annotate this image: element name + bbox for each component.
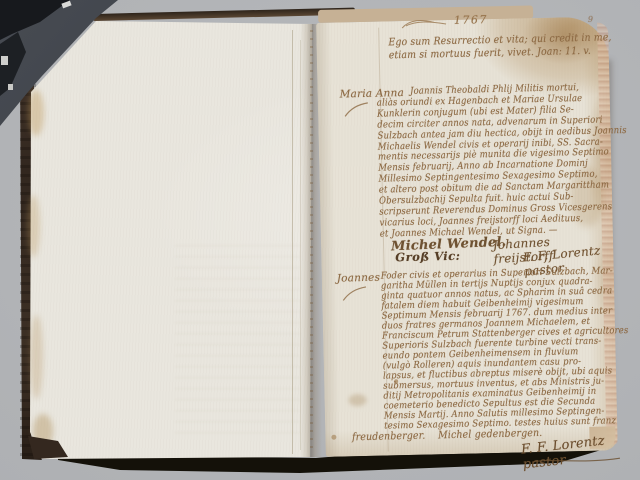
entry2-margin-name: Joannes bbox=[337, 272, 381, 285]
margin-flourish-icon bbox=[342, 286, 368, 303]
year-heading: 1767 bbox=[454, 13, 488, 27]
entry1-text: Joannis Theobaldi Phlij Militis mortui, … bbox=[376, 82, 629, 240]
left-edge-stain bbox=[28, 90, 44, 136]
paper-speck bbox=[8, 84, 13, 90]
cover-top-sliver bbox=[93, 8, 355, 21]
paper-speck bbox=[1, 56, 8, 65]
gutter-crease bbox=[310, 30, 313, 450]
right-page: 1767 9 Ego sum Resurrectio et vita; qui … bbox=[316, 16, 618, 457]
entry2-text: Foder civis et operarius in Superiori Su… bbox=[381, 266, 631, 442]
epigraph: Ego sum Resurrectio et vita; qui credit … bbox=[388, 31, 612, 62]
margin-flourish-icon bbox=[344, 102, 370, 119]
paper-stain bbox=[348, 394, 366, 406]
left-edge-stain bbox=[27, 195, 40, 257]
vicar-mark: Groß Vic: bbox=[395, 249, 460, 264]
ink-spot bbox=[331, 435, 336, 440]
pen-flourish-icon bbox=[400, 16, 448, 31]
ink-bleedthrough bbox=[175, 245, 300, 435]
signature-underline-icon bbox=[530, 454, 622, 466]
left-edge-stain bbox=[30, 315, 43, 399]
page-number: 9 bbox=[588, 15, 593, 24]
manuscript-photo: 1767 9 Ego sum Resurrectio et vita; qui … bbox=[0, 0, 640, 480]
